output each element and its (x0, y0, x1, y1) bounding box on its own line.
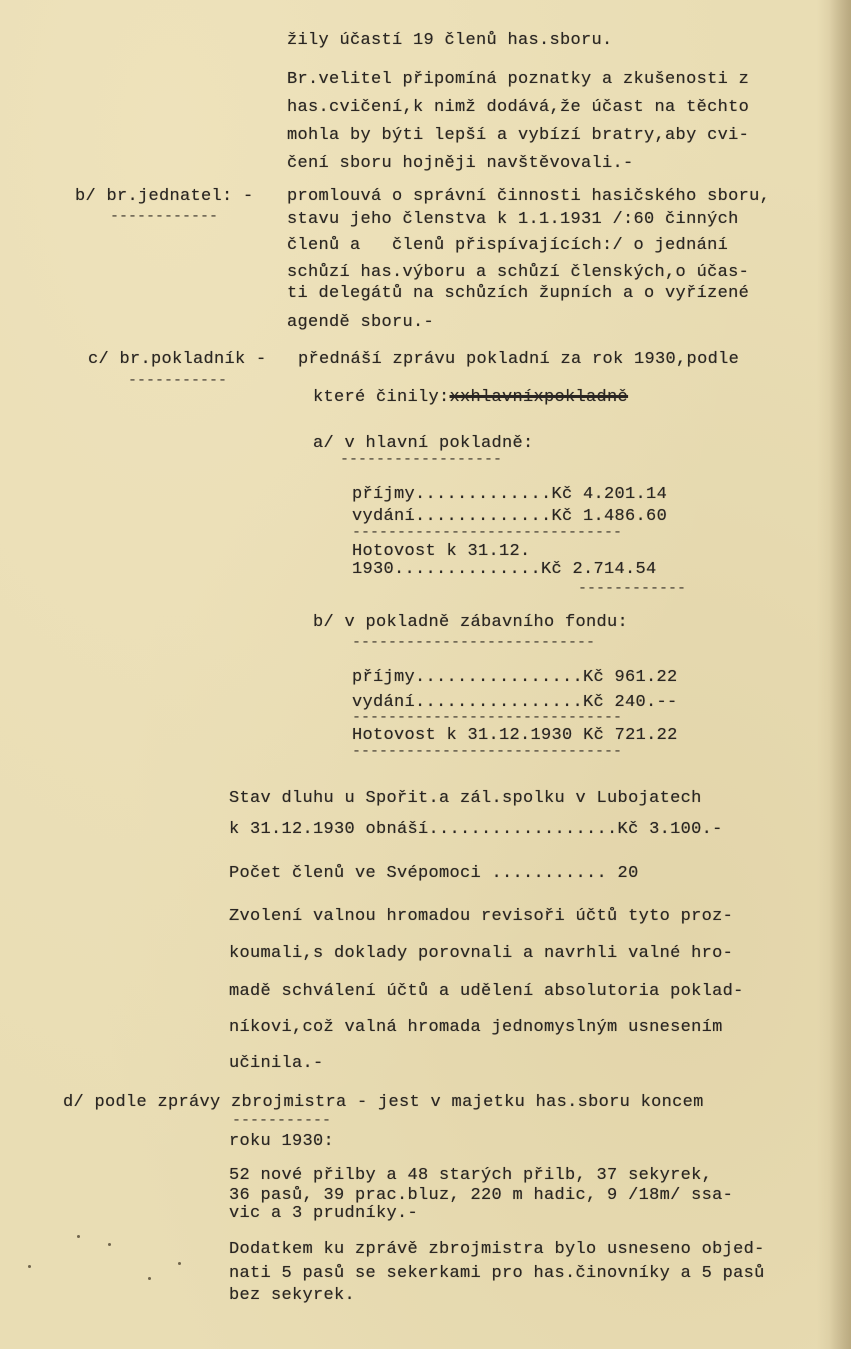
dluh-line-2: k 31.12.1930 obnáší..................Kč … (229, 820, 723, 840)
pokladnik-line-2: které činily:xxhlavníxpokladně (313, 388, 628, 408)
zabavni-row-prijmy: příjmy................Kč 961.22 (352, 668, 678, 688)
row-label: vydání............. (352, 507, 552, 526)
revisori-line-3: madě schválení účtů a udělení absolutori… (229, 982, 744, 1002)
velitel-line-3: mohla by býti lepší a vybízí bratry,aby … (287, 126, 749, 146)
hlavni-total-underline: ------------ (578, 582, 686, 596)
zabavni-total-underline: ------------------------------ (352, 745, 622, 759)
paper-speck (108, 1243, 111, 1246)
revisori-line-1: Zvolení valnou hromadou revisoři účtů ty… (229, 907, 733, 927)
total-value: Kč 721.22 (583, 726, 678, 745)
svepomoc-line: Počet členů ve Svépomoci ........... 20 (229, 864, 639, 884)
row-value: Kč 961.22 (583, 668, 678, 687)
struck-text: xxhlavníxpokladně (450, 388, 629, 407)
hlavni-separator: ------------------------------ (352, 526, 622, 540)
velitel-line-2: has.cvičení,k nimž dodává,že účast na tě… (287, 98, 749, 118)
row-label: vydání................ (352, 693, 583, 712)
paper-speck (28, 1265, 31, 1268)
inventory-line-1: 52 nové přilby a 48 starých přilb, 37 se… (229, 1166, 712, 1186)
row-value: Kč 240.-- (583, 693, 678, 712)
zbrojmistr-underline: ----------- (232, 1114, 331, 1128)
revisori-line-2: koumali,s doklady porovnali a navrhli va… (229, 944, 733, 964)
hlavni-row-prijmy: příjmy.............Kč 4.201.14 (352, 485, 667, 505)
pokladnik-label: c/ br.pokladník - (88, 350, 267, 370)
revisori-line-4: níkovi,což valná hromada jednomyslným us… (229, 1018, 723, 1038)
total-label: 1930.............. (352, 560, 541, 579)
zbrojmistr-line-2: roku 1930: (229, 1132, 334, 1152)
pokladnik-line-2-prefix: které činily: (313, 388, 450, 407)
row-label: příjmy............. (352, 485, 552, 504)
dodatek-line-2: nati 5 pasů se sekerkami pro has.činovní… (229, 1264, 765, 1284)
hlavni-heading: a/ v hlavní pokladně: (313, 434, 534, 454)
pokladnik-underline: ----------- (128, 374, 227, 388)
row-label: příjmy................ (352, 668, 583, 687)
paper-speck (77, 1235, 80, 1238)
inventory-line-2: 36 pasů, 39 prac.bluz, 220 m hadic, 9 /1… (229, 1186, 733, 1206)
jednatel-line-1: promlouvá o správní činnosti hasičského … (287, 187, 770, 207)
zabavni-total: Hotovost k 31.12.1930 Kč 721.22 (352, 726, 678, 746)
paper-speck (178, 1262, 181, 1265)
jednatel-line-5: ti delegátů na schůzích župních a o vyří… (287, 284, 749, 304)
jednatel-line-3: členů a členů přispívajících:/ o jednání (287, 236, 728, 256)
jednatel-line-6: agendě sboru.- (287, 313, 434, 333)
page-edge-shadow (829, 0, 851, 1349)
dodatek-line-1: Dodatkem ku zprávě zbrojmistra bylo usne… (229, 1240, 765, 1260)
row-value: Kč 1.486.60 (552, 507, 668, 526)
paper-speck (148, 1277, 151, 1280)
velitel-line-1: Br.velitel připomíná poznatky a zkušenos… (287, 70, 749, 90)
inventory-line-3: vic a 3 prudníky.- (229, 1204, 418, 1224)
dluh-line-1: Stav dluhu u Spořit.a zál.spolku v Luboj… (229, 789, 702, 809)
hlavni-row-vydani: vydání.............Kč 1.486.60 (352, 507, 667, 527)
zabavni-row-vydani: vydání................Kč 240.-- (352, 693, 678, 713)
jednatel-label: b/ br.jednatel: - (75, 187, 254, 207)
hlavni-total-line-1: Hotovost k 31.12. (352, 542, 531, 562)
zbrojmistr-line-1: d/ podle zprávy zbrojmistra - jest v maj… (63, 1093, 704, 1113)
hlavni-heading-underline: ------------------ (340, 453, 502, 467)
jednatel-line-4: schůzí has.výboru a schůzí členských,o ú… (287, 263, 749, 283)
dodatek-line-3: bez sekyrek. (229, 1286, 355, 1306)
velitel-line-4: čení sboru hojněji navštěvovali.- (287, 154, 634, 174)
zabavni-heading: b/ v pokladně zábavního fondu: (313, 613, 628, 633)
zabavni-separator: ------------------------------ (352, 711, 622, 725)
total-label: Hotovost k 31.12.1930 (352, 726, 573, 745)
zabavni-heading-underline: --------------------------- (352, 636, 595, 650)
jednatel-underline: ------------ (110, 210, 218, 224)
typewritten-page: žily účastí 19 členů has.sboru. Br.velit… (0, 0, 851, 1349)
row-value: Kč 4.201.14 (552, 485, 668, 504)
jednatel-line-2: stavu jeho členstva k 1.1.1931 /:60 činn… (287, 210, 739, 230)
pokladnik-line-1: přednáší zprávu pokladní za rok 1930,pod… (298, 350, 739, 370)
total-value: Kč 2.714.54 (541, 560, 657, 579)
revisori-line-5: učinila.- (229, 1054, 324, 1074)
hlavni-total: 1930..............Kč 2.714.54 (352, 560, 657, 580)
intro-line: žily účastí 19 členů has.sboru. (287, 31, 613, 51)
